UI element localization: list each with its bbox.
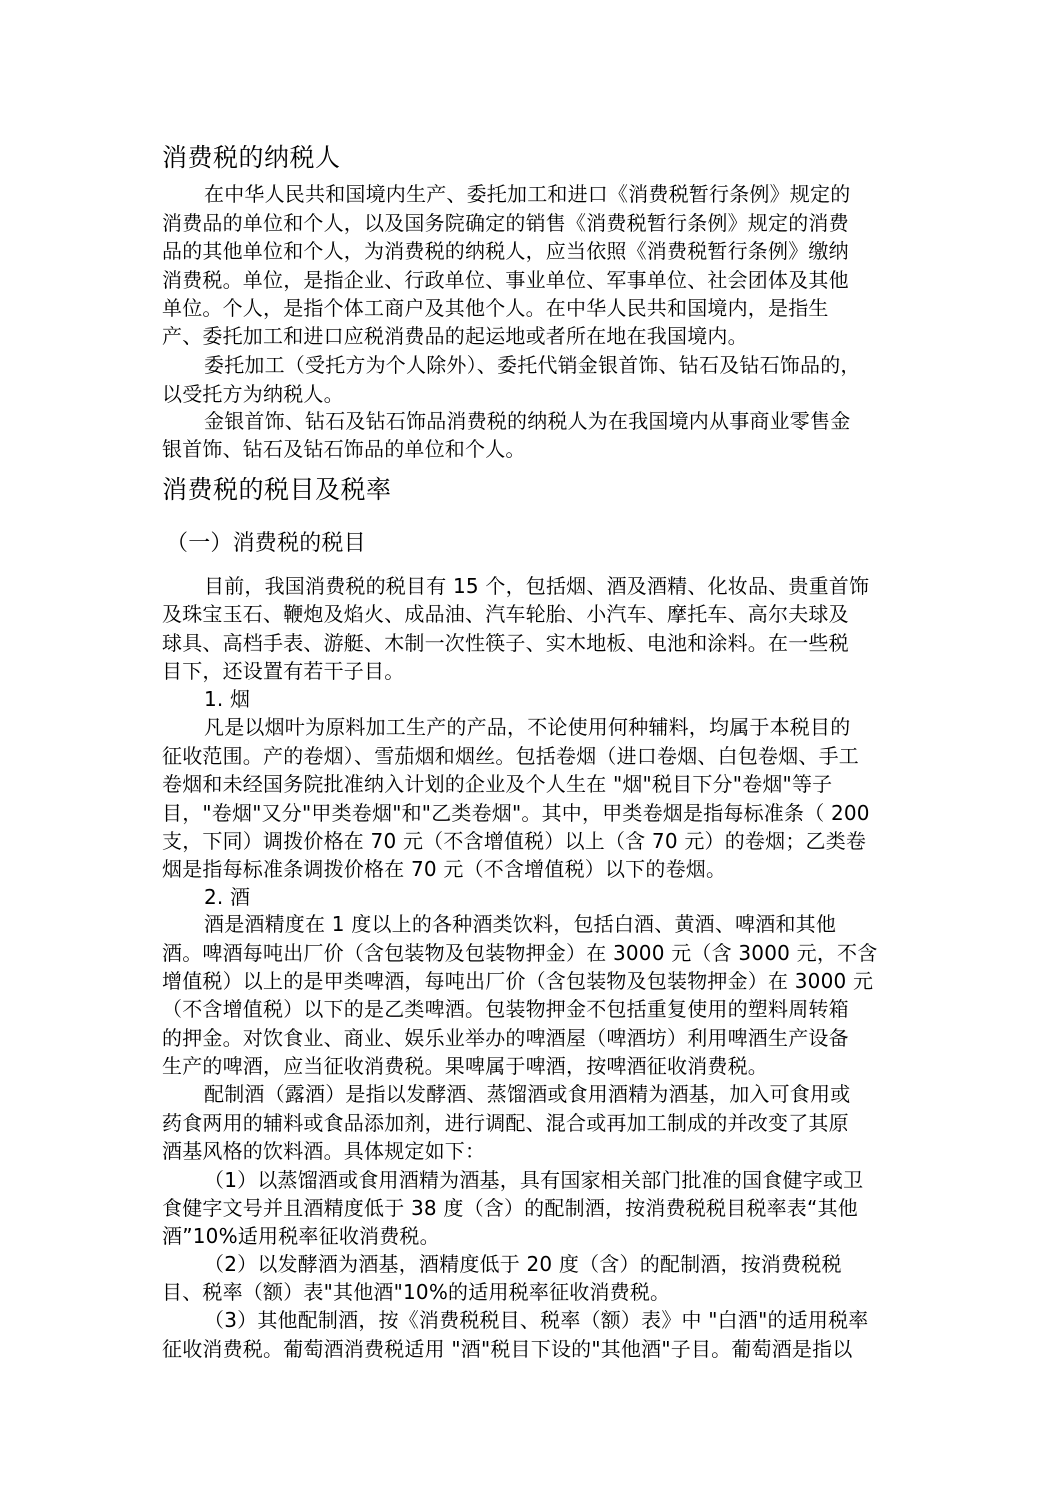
list-item-heading: 1. 烟 <box>204 685 250 713</box>
paragraph-line: 征收消费税。葡萄酒消费税适用 "酒"税目下设的"其他酒"子目。葡萄酒是指以 <box>162 1335 853 1363</box>
paragraph-line: 酒”10%适用税率征收消费税。 <box>162 1222 440 1250</box>
paragraph-line: 以受托方为纳税人。 <box>162 380 344 408</box>
paragraph-line: 酒基风格的饮料酒。具体规定如下： <box>162 1137 485 1165</box>
paragraph-line: 目，"卷烟"又分"甲类卷烟"和"乙类卷烟"。其中，甲类卷烟是指每标准条（ 200 <box>162 799 870 827</box>
list-item-heading: 2. 酒 <box>204 883 250 911</box>
paragraph-line: 消费品的单位和个人，以及国务院确定的销售《消费税暂行条例》规定的消费 <box>162 209 849 237</box>
paragraph-line: 单位。个人，是指个体工商户及其他个人。在中华人民共和国境内，是指生 <box>162 294 829 322</box>
paragraph-line: 酒。啤酒每吨出厂价（含包装物及包装物押金）在 3000 元（含 3000 元，不… <box>162 939 877 967</box>
paragraph-line: 目前，我国消费税的税目有 15 个，包括烟、酒及酒精、化妆品、贵重首饰 <box>204 572 869 600</box>
paragraph-line: 烟是指每标准条调拨价格在 70 元（不含增值税）以下的卷烟。 <box>162 855 726 883</box>
section-heading: 消费税的纳税人 <box>162 141 341 175</box>
paragraph-line: 银首饰、钻石及钻石饰品的单位和个人。 <box>162 435 526 463</box>
paragraph-line: 征收范围。产的卷烟）、雪茄烟和烟丝。包括卷烟（进口卷烟、白包卷烟、手工 <box>162 742 859 770</box>
paragraph-line: （3）其他配制酒，按《消费税税目、税率（额）表》中 "白酒"的适用税率 <box>204 1306 868 1334</box>
paragraph-line: 增值税）以上的是甲类啤酒，每吨出厂价（含包装物及包装物押金）在 3000 元 <box>162 967 873 995</box>
paragraph-line: 产、委托加工和进口应税消费品的起运地或者所在地在我国境内。 <box>162 322 748 350</box>
subsection-heading: （一）消费税的税目 <box>166 529 366 559</box>
paragraph-line: （2）以发酵酒为酒基，酒精度低于 20 度（含）的配制酒，按消费税税 <box>204 1250 842 1278</box>
document-page: 消费税的纳税人 在中华人民共和国境内生产、委托加工和进口《消费税暂行条例》规定的… <box>0 0 1059 1497</box>
paragraph-line: 品的其他单位和个人，为消费税的纳税人，应当依照《消费税暂行条例》缴纳 <box>162 237 849 265</box>
paragraph-line: 食健字文号并且酒精度低于 38 度（含）的配制酒，按消费税税目税率表“其他 <box>162 1194 858 1222</box>
paragraph-line: 目下，还设置有若干子目。 <box>162 657 404 685</box>
paragraph-line: 生产的啤酒，应当征收消费税。果啤属于啤酒，按啤酒征收消费税。 <box>162 1052 768 1080</box>
paragraph-line: 及珠宝玉石、鞭炮及焰火、成品油、汽车轮胎、小汽车、摩托车、高尔夫球及 <box>162 600 849 628</box>
paragraph-line: 目、税率（额）表"其他酒"10%的适用税率征收消费税。 <box>162 1278 670 1306</box>
section-heading: 消费税的税目及税率 <box>162 473 392 507</box>
paragraph-line: 药食两用的辅料或食品添加剂，进行调配、混合或再加工制成的并改变了其原 <box>162 1109 849 1137</box>
paragraph-line: 的押金。对饮食业、商业、娱乐业举办的啤酒屋（啤酒坊）利用啤酒生产设备 <box>162 1024 849 1052</box>
paragraph-line: 配制酒（露酒）是指以发酵酒、蒸馏酒或食用酒精为酒基，加入可食用或 <box>204 1080 850 1108</box>
paragraph-line: 委托加工（受托方为个人除外）、委托代销金银首饰、钻石及钻石饰品的， <box>204 351 861 379</box>
paragraph-line: 球具、高档手表、游艇、木制一次性筷子、实木地板、电池和涂料。在一些税 <box>162 629 849 657</box>
paragraph-line: 金银首饰、钻石及钻石饰品消费税的纳税人为在我国境内从事商业零售金 <box>204 407 850 435</box>
paragraph-line: 支，下同）调拨价格在 70 元（不含增值税）以上（含 70 元）的卷烟；乙类卷 <box>162 827 866 855</box>
paragraph-line: 消费税。单位，是指企业、行政单位、事业单位、军事单位、社会团体及其他 <box>162 266 849 294</box>
paragraph-line: （不含增值税）以下的是乙类啤酒。包装物押金不包括重复使用的塑料周转箱 <box>162 995 849 1023</box>
paragraph-line: 在中华人民共和国境内生产、委托加工和进口《消费税暂行条例》规定的 <box>204 180 850 208</box>
paragraph-line: （1）以蒸馏酒或食用酒精为酒基，具有国家相关部门批准的国食健字或卫 <box>204 1166 863 1194</box>
paragraph-line: 酒是酒精度在 1 度以上的各种酒类饮料，包括白酒、黄酒、啤酒和其他 <box>204 910 836 938</box>
paragraph-line: 卷烟和未经国务院批准纳入计划的企业及个人生在 "烟"税目下分"卷烟"等子 <box>162 770 832 798</box>
paragraph-line: 凡是以烟叶为原料加工生产的产品，不论使用何种辅料，均属于本税目的 <box>204 713 850 741</box>
